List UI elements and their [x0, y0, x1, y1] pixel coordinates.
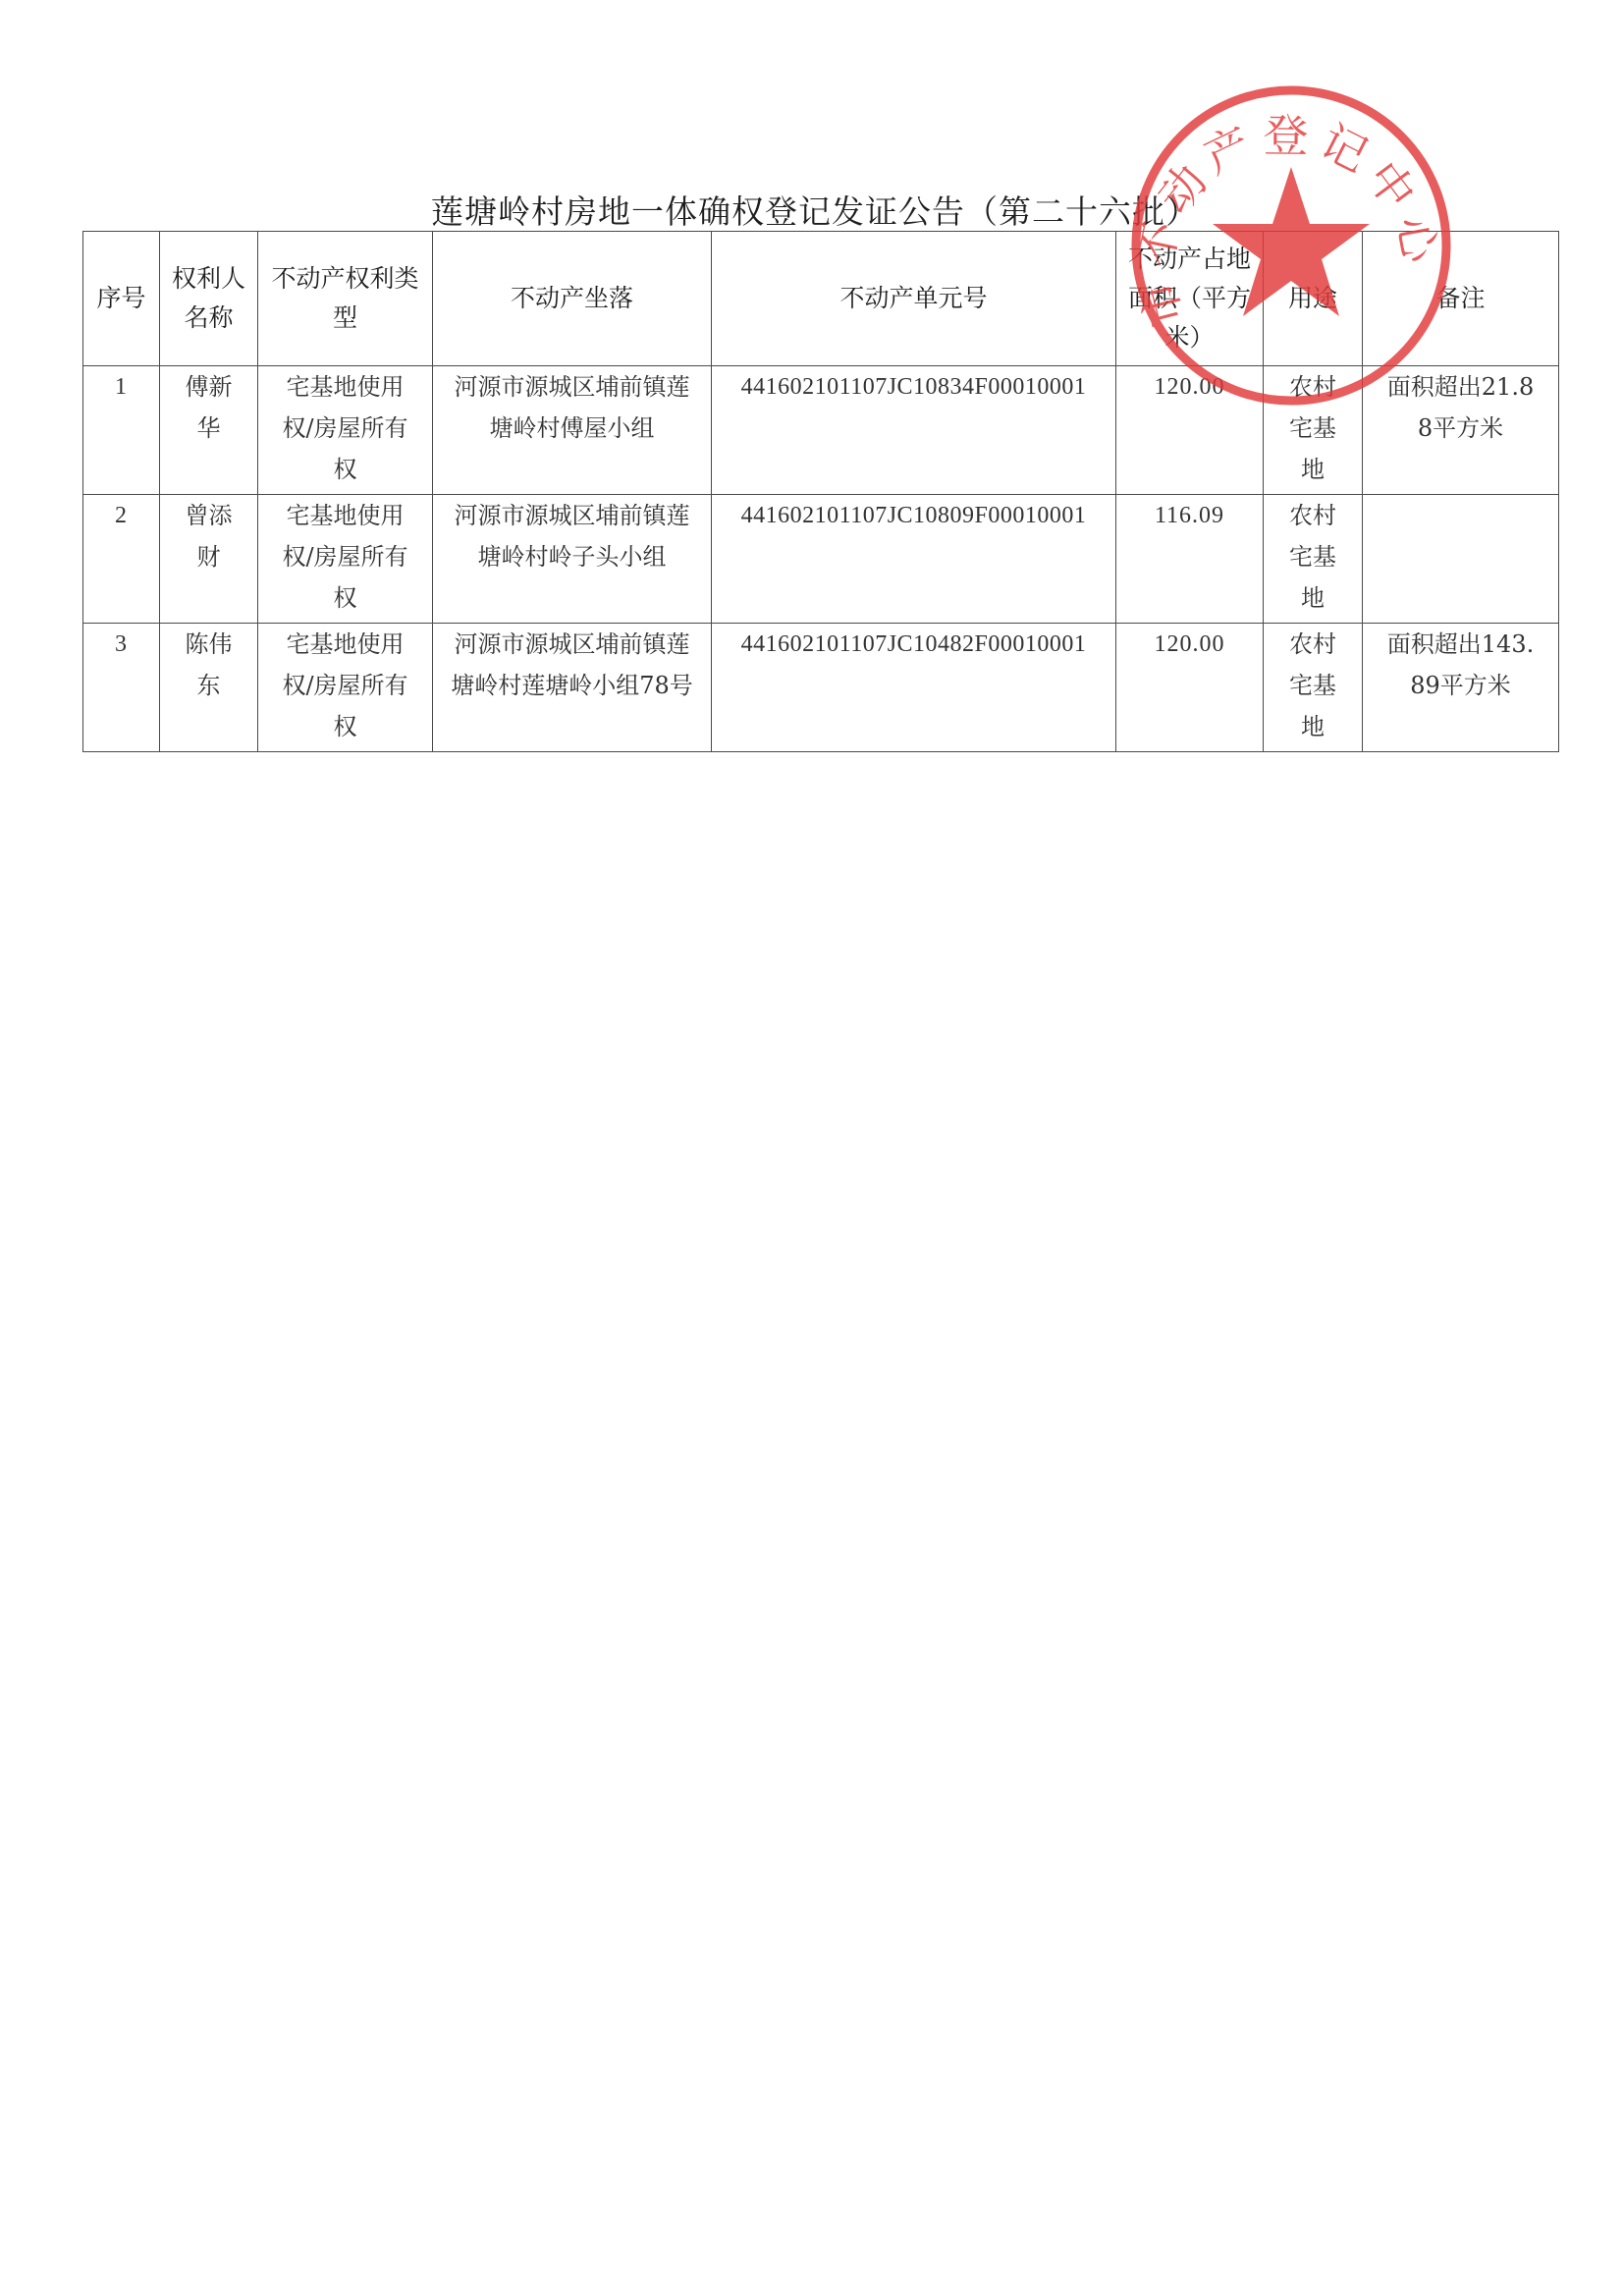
header-right-type: 不动产权利类型: [258, 232, 433, 366]
cell-area: 116.09: [1116, 495, 1264, 624]
cell-location: 河源市源城区埔前镇莲塘岭村傅屋小组: [433, 366, 712, 495]
cell-index: 3: [83, 624, 160, 752]
cell-location: 河源市源城区埔前镇莲塘岭村莲塘岭小组78号: [433, 624, 712, 752]
header-usage: 用途: [1264, 232, 1363, 366]
table-row: 2 曾添财 宅基地使用权/房屋所有权 河源市源城区埔前镇莲塘岭村岭子头小组 44…: [83, 495, 1559, 624]
cell-usage: 农村宅基地: [1264, 624, 1363, 752]
cell-index: 1: [83, 366, 160, 495]
cell-unit-no: 441602101107JC10834F00010001: [712, 366, 1116, 495]
cell-remark: 面积超出143.89平方米: [1363, 624, 1559, 752]
cell-remark: [1363, 495, 1559, 624]
cell-unit-no: 441602101107JC10482F00010001: [712, 624, 1116, 752]
header-index: 序号: [83, 232, 160, 366]
header-location: 不动产坐落: [433, 232, 712, 366]
cell-right-type: 宅基地使用权/房屋所有权: [258, 366, 433, 495]
header-owner: 权利人名称: [160, 232, 258, 366]
cell-owner: 陈伟东: [160, 624, 258, 752]
cell-right-type: 宅基地使用权/房屋所有权: [258, 495, 433, 624]
cell-usage: 农村宅基地: [1264, 495, 1363, 624]
registration-table: 序号 权利人名称 不动产权利类型 不动产坐落 不动产单元号 不动产占地面积（平方…: [82, 231, 1559, 752]
cell-right-type: 宅基地使用权/房屋所有权: [258, 624, 433, 752]
document-title: 莲塘岭村房地一体确权登记发证公告（第二十六批）: [422, 187, 1208, 233]
header-remark: 备注: [1363, 232, 1559, 366]
cell-remark: 面积超出21.88平方米: [1363, 366, 1559, 495]
cell-area: 120.00: [1116, 366, 1264, 495]
table-row: 1 傅新华 宅基地使用权/房屋所有权 河源市源城区埔前镇莲塘岭村傅屋小组 441…: [83, 366, 1559, 495]
table-header-row: 序号 权利人名称 不动产权利类型 不动产坐落 不动产单元号 不动产占地面积（平方…: [83, 232, 1559, 366]
header-unit-no: 不动产单元号: [712, 232, 1116, 366]
header-area: 不动产占地面积（平方米）: [1116, 232, 1264, 366]
cell-usage: 农村宅基地: [1264, 366, 1363, 495]
cell-area: 120.00: [1116, 624, 1264, 752]
cell-location: 河源市源城区埔前镇莲塘岭村岭子头小组: [433, 495, 712, 624]
cell-index: 2: [83, 495, 160, 624]
table-row: 3 陈伟东 宅基地使用权/房屋所有权 河源市源城区埔前镇莲塘岭村莲塘岭小组78号…: [83, 624, 1559, 752]
cell-unit-no: 441602101107JC10809F00010001: [712, 495, 1116, 624]
cell-owner: 曾添财: [160, 495, 258, 624]
cell-owner: 傅新华: [160, 366, 258, 495]
